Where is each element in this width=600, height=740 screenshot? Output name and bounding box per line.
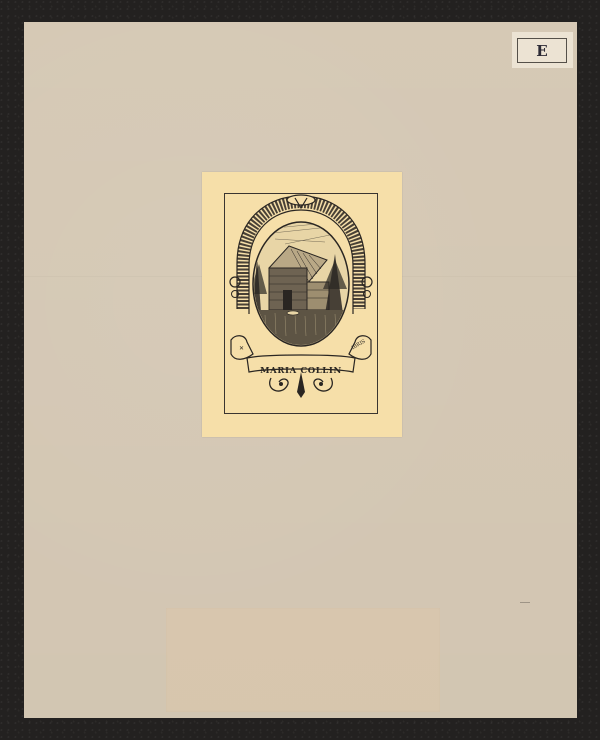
bookplate-frame: ✕ IBRIS MARIA COLLIN	[224, 193, 378, 414]
bookplate-illustration: ✕ IBRIS	[225, 194, 377, 413]
pencil-mark	[520, 602, 530, 603]
corner-label: E	[512, 32, 573, 68]
corner-label-letter: E	[517, 38, 567, 63]
mount-sheet: E	[24, 22, 577, 718]
ribbon-left-mark: ✕	[239, 345, 244, 352]
bookplate-owner-name: MARIA COLLIN	[225, 366, 377, 376]
bookplate: ✕ IBRIS MARIA COLLIN	[202, 172, 402, 437]
faded-mount-area	[166, 608, 440, 712]
